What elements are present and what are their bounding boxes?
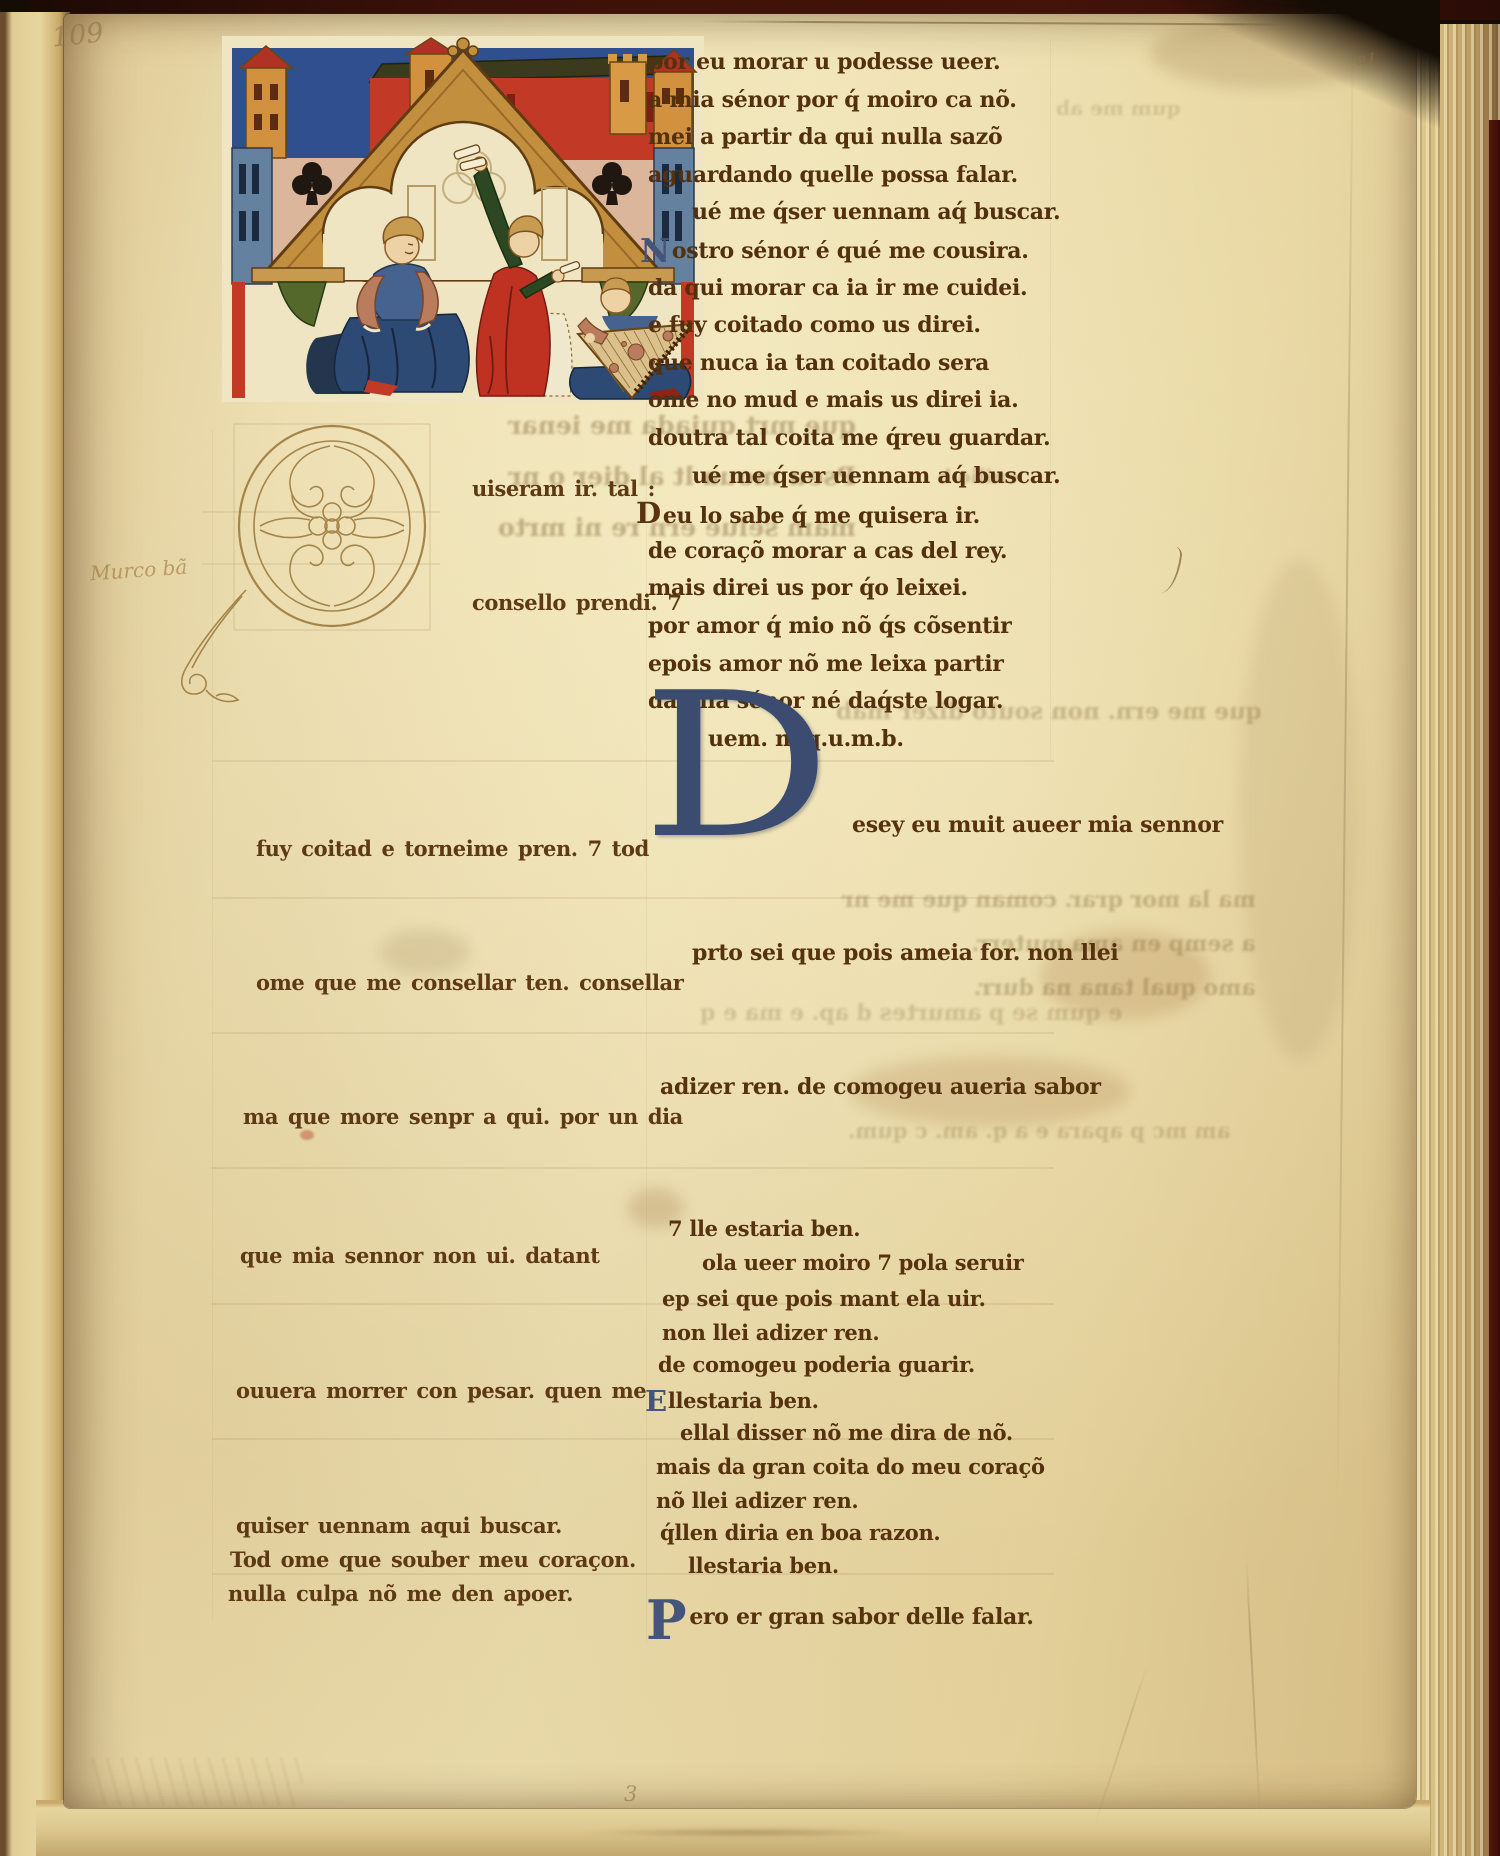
verse-line: ellal disser nõ me dira de nõ.: [680, 1420, 1013, 1445]
verse-line: 7 lle estaria ben.: [668, 1216, 860, 1241]
verse-line: non llei adizer ren.: [662, 1320, 879, 1345]
verse-line: mei a partir da qui nulla sazõ: [648, 119, 1084, 157]
verse-line: mais direi us por q́o leixei.: [648, 570, 1084, 608]
verse-line: e fuy coitado como us direi.: [648, 307, 1084, 345]
verse-line: prto sei que pois ameia for. non llei: [692, 940, 1118, 966]
illuminated-initial-N: N: [640, 231, 670, 270]
initial-O-outline: [239, 426, 425, 626]
bottom-mark: 3: [624, 1782, 637, 1806]
ink-smudge: [575, 1828, 915, 1837]
stain: [380, 930, 470, 975]
corner-annotation: a1: [1356, 50, 1377, 70]
manuscript-photo: 109 a1 Murco bã 3: [0, 0, 1500, 1856]
verse-line: que nuca ia tan coitado sera: [648, 345, 1084, 383]
verse-line: ome que me consellar ten. consellar: [256, 970, 683, 995]
illuminated-initial-E: E: [645, 1384, 667, 1418]
verse-line: a mia sénor por q́ moiro ca nõ.: [648, 82, 1084, 120]
left-column-shaft: [232, 282, 245, 398]
verse-line: aguardando quelle possa falar.: [648, 157, 1084, 195]
verse-line: doutra tal coita me q́reu guardar.: [648, 420, 1084, 458]
verse-line: por amor q́ mio nõ q́s cõsentir: [648, 608, 1084, 646]
verse-line: nõ llei adizer ren.: [656, 1488, 858, 1513]
verse-line: q́llen diria en boa razon.: [660, 1520, 940, 1545]
verse-line: Pero er gran sabor delle falar.: [646, 1588, 1034, 1652]
faded-scribble: [92, 1758, 302, 1806]
initial-O-sketch: [142, 414, 442, 714]
verse-line: que mia sennor non ui. datant: [240, 1243, 600, 1268]
ruling-line: [212, 760, 1054, 762]
verse-line: ola ueer moiro 7 pola seruir: [702, 1250, 1024, 1275]
folio-number: 109: [51, 17, 106, 53]
verse-line: fuy coitad e torneime pren. 7 tod: [256, 836, 649, 861]
verse-line: Tod ome que souber meu coraçon.: [230, 1547, 636, 1572]
red-speck: [300, 1130, 314, 1140]
illuminated-initial-D: D: [642, 688, 831, 846]
bleedthrough-text: e qum se p amurtes d ap. e ma e q: [700, 1000, 1122, 1026]
refrain-line: ué me q́ser uennam aq́ buscar.: [648, 458, 1084, 496]
ruling-line: [212, 1573, 1054, 1575]
left-orange-tower: [240, 46, 292, 158]
verse-line: Deu lo sabe q́ me quisera ir.: [648, 495, 1084, 533]
illuminated-initial-P: P: [646, 1588, 686, 1652]
verse-line: quiser uennam aqui buscar.: [236, 1513, 562, 1538]
verse-line: llestaria ben.: [688, 1553, 839, 1578]
page-stack-fore-edge: [1408, 24, 1500, 1856]
verse-line: ouuera morrer con pesar. quen me: [236, 1378, 646, 1403]
verse-line: por eu morar u podesse ueer.: [648, 44, 1084, 82]
verse-line: ep sei que pois mant ela uir.: [662, 1286, 986, 1311]
pen-initial-D: D: [636, 496, 661, 530]
ruling-line: [212, 1167, 1054, 1169]
verse-line: adizer ren. de comogeu aueria sabor: [660, 1074, 1101, 1100]
verse-line: Nostro sénor é qué me cousira.: [648, 232, 1084, 270]
left-blue-tower: [232, 148, 272, 284]
miniature-musicians-illustration: [222, 36, 704, 402]
verse-line: ma que more senpr a qui. por un dia: [243, 1104, 683, 1129]
refrain-line: ué me q́ser uennam aq́ buscar.: [648, 194, 1084, 232]
verse-line: de coraçõ morar a cas del rey.: [648, 533, 1084, 571]
verse-line: esey eu muit aueer mia sennor: [852, 812, 1223, 838]
bleedthrough-text: am mc p apara e a q. am. c qum.: [848, 1118, 1230, 1143]
verse-line: nulla culpa nõ me den apoer.: [228, 1581, 573, 1606]
initial-O-foliage: [260, 446, 404, 606]
verse-line: ome no mud e mais us direi ia.: [648, 382, 1084, 420]
stain: [1150, 18, 1390, 88]
verse-line: uiseram ir. tal :: [472, 476, 655, 501]
verse-line: da qui morar ca ia ir me cuidei.: [648, 270, 1084, 308]
book-cover-edge: [1489, 120, 1500, 1856]
previous-page-edge: [0, 12, 70, 1856]
right-battlement-turret: [608, 54, 647, 134]
ruling-line: [212, 1032, 1054, 1034]
verse-line: mais da gran coita do meu coraçõ: [656, 1454, 1045, 1479]
verse-line: Ellestaria ben.: [645, 1384, 819, 1418]
initial-O-flourish: [182, 590, 246, 702]
verse-line: de comogeu poderia guarir.: [658, 1352, 975, 1377]
